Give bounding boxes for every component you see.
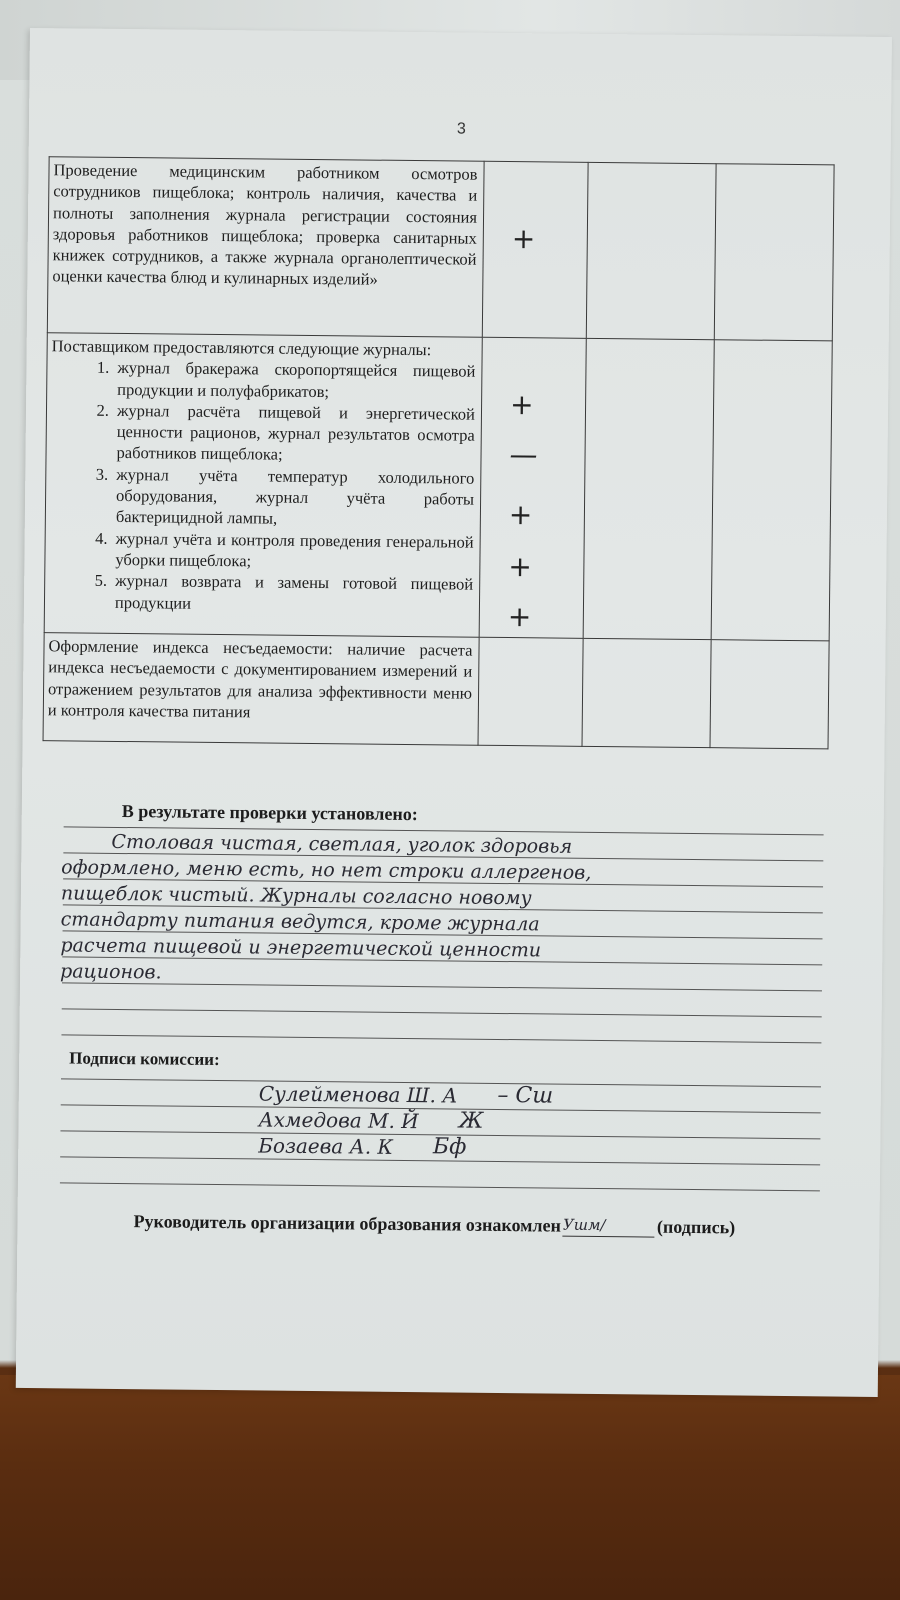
ruled-line <box>62 1008 822 1017</box>
mark-minus: — <box>509 438 537 471</box>
criterion-cell: Оформление индекса несъедаемости: наличи… <box>43 633 479 746</box>
member-signature: Бф <box>433 1134 467 1160</box>
document-page: 3 Проведение медицинским работником осмо… <box>16 28 892 1397</box>
list-item: журнал возврата и замены готовой пищевой… <box>111 570 473 616</box>
list-item: журнал учёта и контроля проведения генер… <box>111 528 473 574</box>
empty-cell <box>710 640 829 749</box>
ruled-line <box>60 1182 820 1191</box>
member-name: Ахмедова М. Й <box>258 1106 418 1134</box>
list-item: журнал бракеража скоропортящейся пищевой… <box>113 357 475 403</box>
mark-plus: + <box>510 388 534 421</box>
mark-plus: + <box>512 222 536 255</box>
checklist-table: Проведение медицинским работником осмотр… <box>43 156 835 749</box>
signature-caption: (подпись) <box>657 1217 735 1239</box>
criterion-text: Проведение медицинским работником осмотр… <box>52 159 477 291</box>
ruled-line <box>61 1034 821 1043</box>
list-item: журнал расчёта пищевой и энергетической … <box>112 400 475 468</box>
empty-cell <box>582 638 711 747</box>
signatures-title: Подписи комиссии: <box>69 1048 220 1070</box>
findings-title: В результате проверки установлено: <box>122 801 418 825</box>
mark-cell <box>478 637 583 746</box>
head-acknowledgement: Руководитель организации образования озн… <box>133 1209 735 1238</box>
head-signature: Ушм/ <box>563 1214 655 1238</box>
mark-plus: + <box>508 600 532 633</box>
signature-row: Сулейменова Ш. А – Сш <box>259 1080 554 1109</box>
commission-signatures: Сулейменова Ш. А – Сш Ахмедова М. Й Ж Бо… <box>258 1080 553 1161</box>
mark-plus: + <box>508 550 532 583</box>
wooden-desk <box>0 1375 900 1600</box>
criterion-cell: Проведение медицинским работником осмотр… <box>47 157 484 338</box>
table-row: Проведение медицинским работником осмотр… <box>47 157 834 341</box>
criterion-cell: Поставщиком предоставляются следующие жу… <box>44 333 482 638</box>
criterion-text: Оформление индекса несъедаемости: наличи… <box>48 635 473 725</box>
findings-handwritten: Столовая чистая, светлая, уголок здоровь… <box>60 828 832 992</box>
signature-row: Бозаева А. К Бф <box>258 1132 553 1161</box>
mark-cell: + <box>482 161 588 338</box>
journal-list: журнал бракеража скоропортящейся пищевой… <box>49 357 476 617</box>
signature-row: Ахмедова М. Й Ж <box>258 1106 553 1135</box>
mark-plus: + <box>509 498 533 531</box>
member-signature: – Сш <box>497 1083 553 1110</box>
head-acknowledgement-text: Руководитель организации образования озн… <box>133 1211 561 1236</box>
member-name: Сулейменова Ш. А <box>259 1080 458 1108</box>
page-number: 3 <box>457 120 466 138</box>
mark-cell: + — + + + <box>479 337 586 638</box>
member-signature: Ж <box>459 1109 484 1135</box>
member-name: Бозаева А. К <box>258 1132 393 1159</box>
empty-cell <box>586 162 716 339</box>
table-row: Оформление индекса несъедаемости: наличи… <box>43 633 829 749</box>
list-item: журнал учёта температур холодильного обо… <box>112 464 475 532</box>
empty-cell <box>714 164 834 341</box>
empty-cell <box>583 338 714 639</box>
empty-cell <box>711 340 832 641</box>
table-row: Поставщиком предоставляются следующие жу… <box>44 333 832 641</box>
